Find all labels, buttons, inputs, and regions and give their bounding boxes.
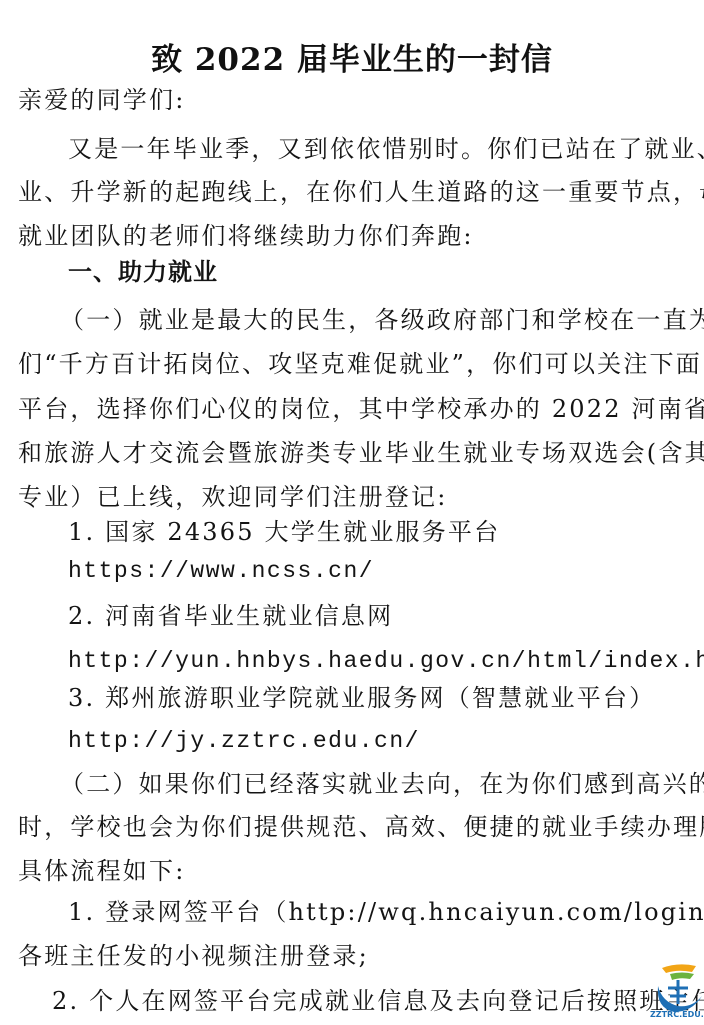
platform-name: 2. 河南省毕业生就业信息网 (68, 604, 704, 628)
paragraph-line: 平台，选择你们心仪的岗位，其中学校承办的 2022 河南省文化 (18, 397, 704, 421)
salutation: 亲爱的同学们: (18, 88, 704, 112)
intro-line: 就业团队的老师们将继续助力你们奔跑: (18, 224, 704, 248)
watermark-text: ZZTRC.EDU.CN (650, 1010, 704, 1019)
platform-url[interactable]: https://www.ncss.cn/ (68, 560, 704, 583)
platform-name: 1. 国家 24365 大学生就业服务平台 (68, 520, 704, 544)
paragraph-line: 具体流程如下: (18, 859, 704, 883)
intro-line: 业、升学新的起跑线上，在你们人生道路的这一重要节点，母校 (18, 180, 704, 204)
platform-url[interactable]: http://yun.hnbys.haedu.gov.cn/html/index… (68, 650, 704, 673)
paragraph-line: 们“千方百计拓岗位、攻坚克难促就业”，你们可以关注下面的 (18, 352, 704, 376)
paragraph-line: （一）就业是最大的民生，各级政府部门和学校在一直为你 (60, 308, 704, 332)
paragraph-line: 专业）已上线，欢迎同学们注册登记: (18, 485, 704, 509)
paragraph-line: 时，学校也会为你们提供规范、高效、便捷的就业手续办理服务， (18, 815, 704, 839)
letter-title: 致 2022 届毕业生的一封信 (0, 34, 704, 79)
platform-name: 3. 郑州旅游职业学院就业服务网（智慧就业平台） (68, 686, 704, 710)
platform-url[interactable]: http://jy.zztrc.edu.cn/ (68, 730, 704, 753)
step-line: 2. 个人在网签平台完成就业信息及去向登记后按照班主任 (52, 989, 704, 1013)
paragraph-line: 和旅游人才交流会暨旅游类专业毕业生就业专场双选会(含其他 (18, 441, 704, 465)
section-heading: 一、助力就业 (68, 260, 704, 284)
intro-line: 又是一年毕业季，又到依依惜别时。你们已站在了就业、创 (68, 137, 704, 161)
step-line: 1. 登录网签平台（http://wq.hncaiyun.com/login），… (68, 900, 704, 924)
paragraph-line: （二）如果你们已经落实就业去向，在为你们感到高兴的同 (60, 772, 704, 796)
step-line: 各班主任发的小视频注册登录; (18, 944, 704, 968)
